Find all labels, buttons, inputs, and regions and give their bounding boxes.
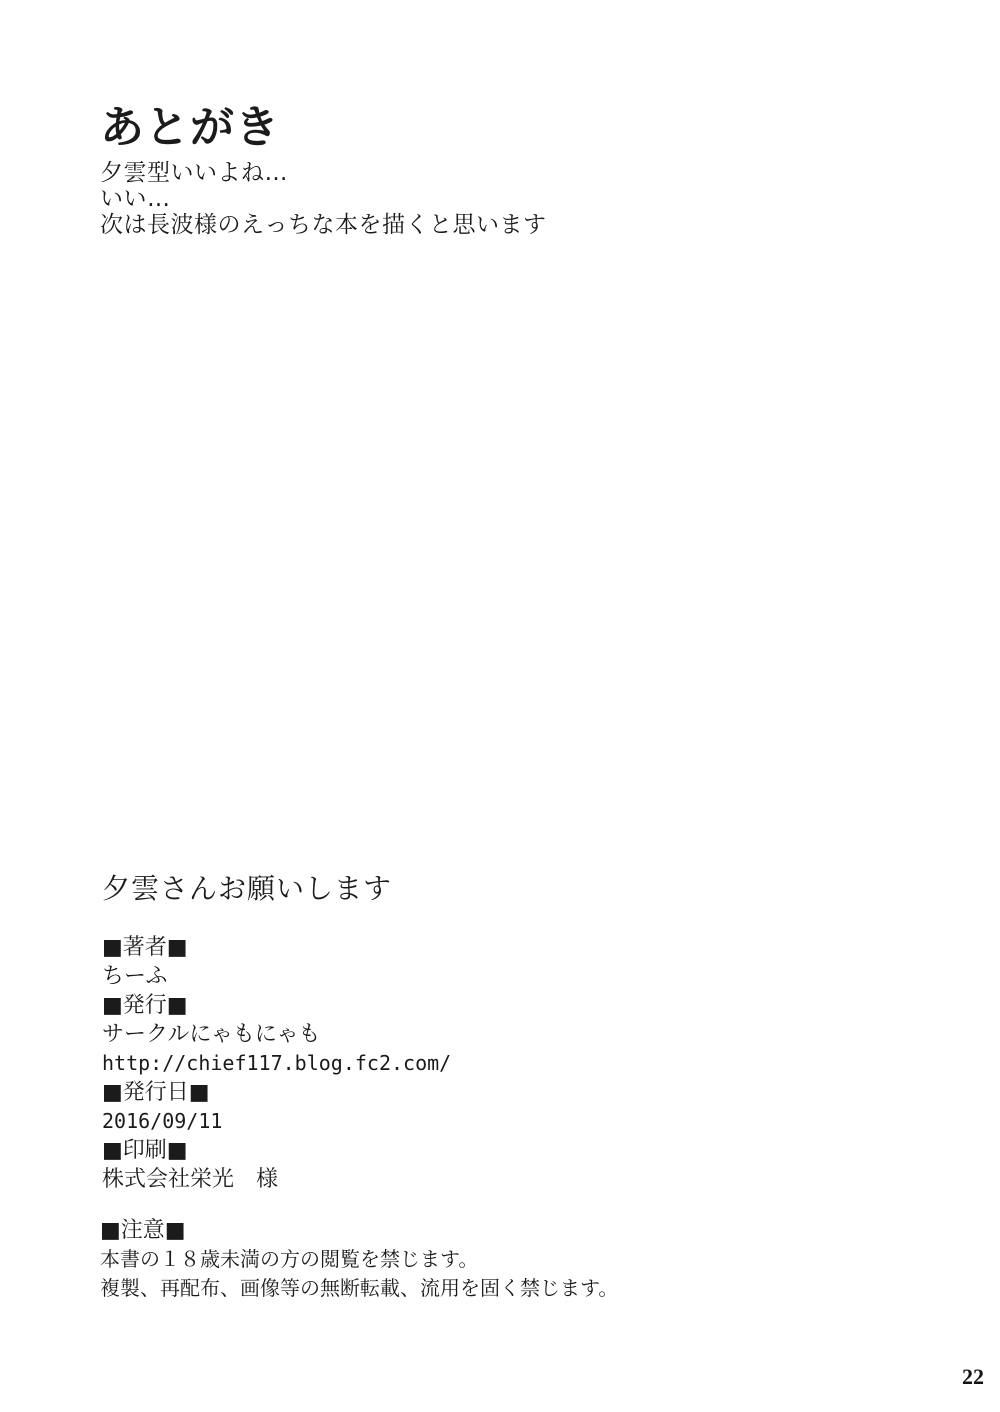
notice-section: ■注意■ 本書の１８歳未満の方の閲覧を禁じます。 複製、再配布、画像等の無断転載… bbox=[100, 1216, 618, 1303]
publisher-url: http://chief117.blog.fc2.com/ bbox=[102, 1049, 451, 1078]
afterword-line: 次は長波様のえっちな本を描くと思います bbox=[100, 212, 547, 238]
publish-date: 2016/09/11 bbox=[102, 1107, 451, 1136]
printer-heading: ■印刷■ bbox=[102, 1136, 451, 1165]
afterword-section: あとがき 夕雲型いいよね… いい… 次は長波様のえっちな本を描くと思います bbox=[100, 102, 547, 238]
publisher-heading: ■発行■ bbox=[102, 991, 451, 1020]
afterword-text: 夕雲型いいよね… いい… 次は長波様のえっちな本を描くと思います bbox=[100, 160, 547, 238]
colophon-section: 夕雲さんお願いします ■著者■ ちーふ ■発行■ サークルにゃもにゃも http… bbox=[102, 872, 451, 1194]
notice-line: 本書の１８歳未満の方の閲覧を禁じます。 bbox=[100, 1245, 618, 1274]
afterword-line: いい… bbox=[100, 186, 547, 212]
book-title: 夕雲さんお願いします bbox=[102, 872, 451, 906]
afterword-line: 夕雲型いいよね… bbox=[100, 160, 547, 186]
publish-date-heading: ■発行日■ bbox=[102, 1078, 451, 1107]
author-name: ちーふ bbox=[102, 962, 451, 991]
author-heading: ■著者■ bbox=[102, 933, 451, 962]
page-number: 22 bbox=[962, 1364, 984, 1390]
afterword-title: あとがき bbox=[100, 102, 547, 154]
document-page: あとがき 夕雲型いいよね… いい… 次は長波様のえっちな本を描くと思います 夕雲… bbox=[0, 0, 1000, 1412]
notice-line: 複製、再配布、画像等の無断転載、流用を固く禁じます。 bbox=[100, 1274, 618, 1303]
notice-heading: ■注意■ bbox=[100, 1216, 618, 1245]
publisher-name: サークルにゃもにゃも bbox=[102, 1020, 451, 1049]
printer-name: 株式会社栄光 様 bbox=[102, 1165, 451, 1194]
colophon-details: ■著者■ ちーふ ■発行■ サークルにゃもにゃも http://chief117… bbox=[102, 933, 451, 1194]
